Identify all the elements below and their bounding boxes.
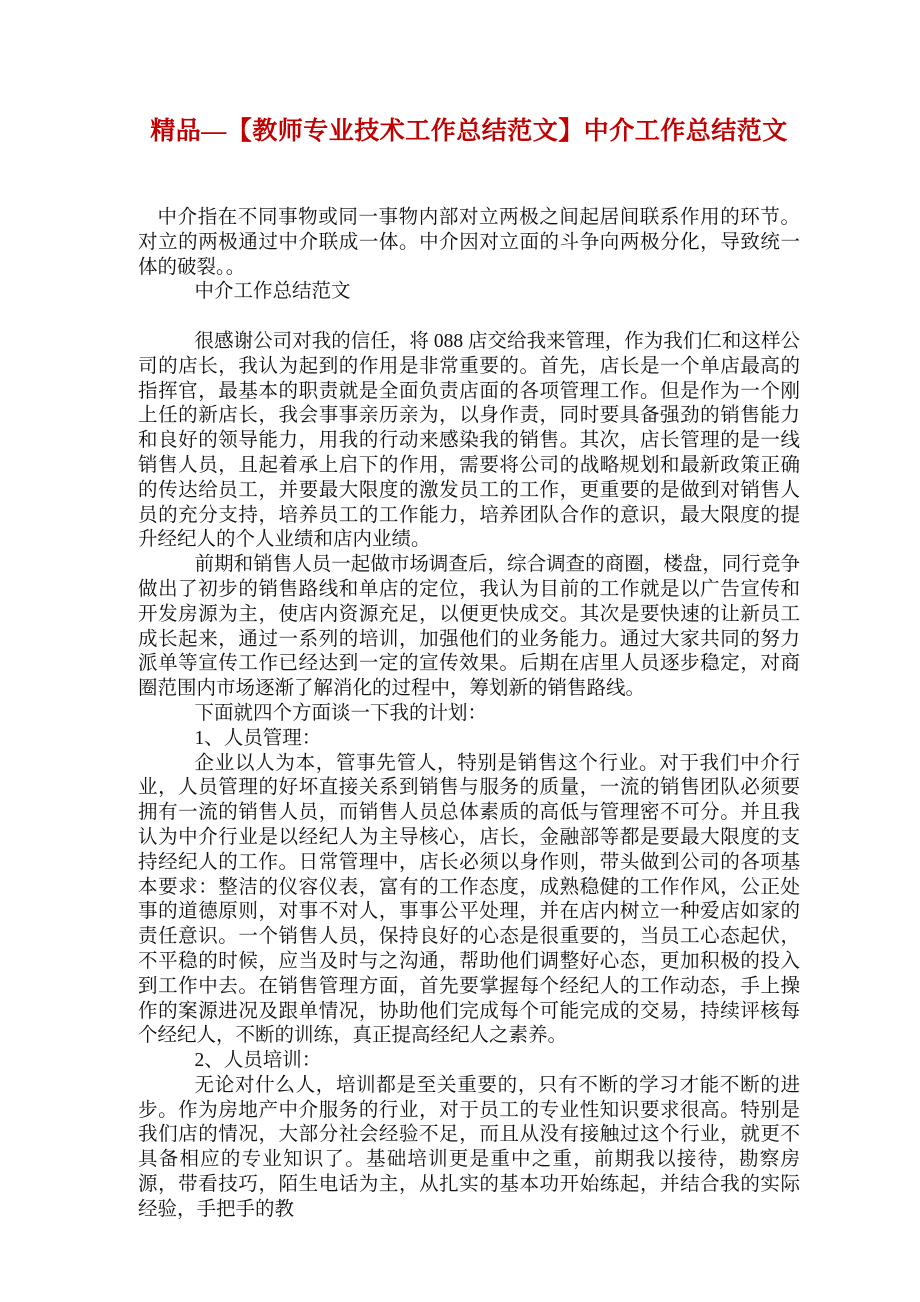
paragraph: 2、人员培训： bbox=[138, 1049, 800, 1074]
paragraph: 企业以人为本，管事先管人，特别是销售这个行业。对于我们中介行业，人员管理的好坏直… bbox=[138, 752, 800, 1050]
blank-line bbox=[138, 305, 800, 330]
paragraph: 前期和销售人员一起做市场调查后，综合调查的商圈，楼盘，同行竞争做出了初步的销售路… bbox=[138, 553, 800, 702]
paragraph: 很感谢公司对我的信任，将 088 店交给我来管理，作为我们仁和这样公司的店长，我… bbox=[138, 330, 800, 553]
paragraph: 1、人员管理： bbox=[138, 727, 800, 752]
document-content: 精品—【教师专业技术工作总结范文】中介工作总结范文 中介指在不同事物或同一事物内… bbox=[138, 112, 800, 1223]
paragraph: 中介工作总结范文 bbox=[138, 280, 800, 305]
paragraph: 无论对什么人，培训都是至关重要的，只有不断的学习才能不断的进步。作为房地产中介服… bbox=[138, 1074, 800, 1223]
document-body: 中介指在不同事物或同一事物内部对立两极之间起居间联系作用的环节。对立的两极通过中… bbox=[138, 206, 800, 1223]
page-title: 精品—【教师专业技术工作总结范文】中介工作总结范文 bbox=[138, 112, 800, 152]
paragraph: 中介指在不同事物或同一事物内部对立两极之间起居间联系作用的环节。对立的两极通过中… bbox=[138, 206, 800, 280]
paragraph: 下面就四个方面谈一下我的计划： bbox=[138, 702, 800, 727]
document-page: 精品—【教师专业技术工作总结范文】中介工作总结范文 中介指在不同事物或同一事物内… bbox=[0, 0, 920, 1302]
